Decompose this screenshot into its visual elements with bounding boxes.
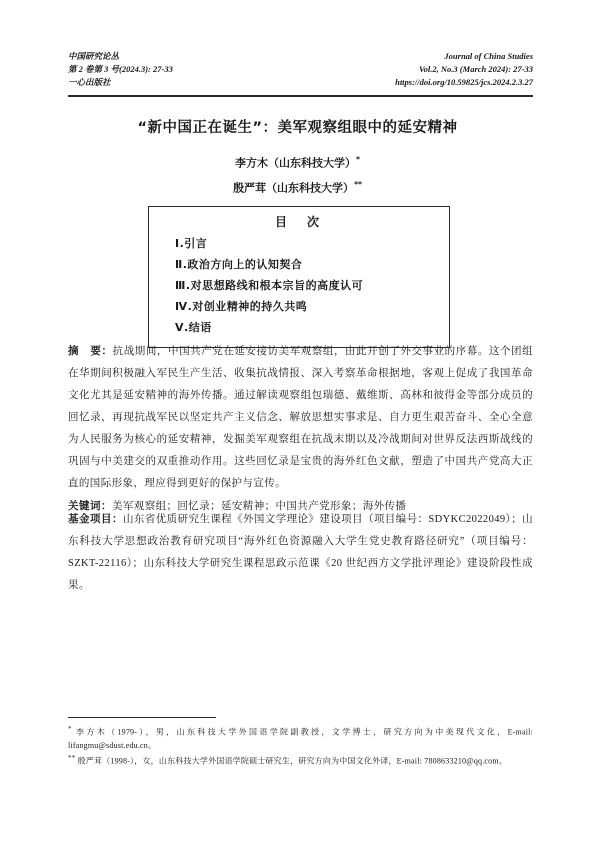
paper-title: “新中国正在诞生”：美军观察组眼中的延安精神	[40, 116, 555, 137]
author-footnote-mark: **	[354, 180, 362, 189]
author-list: 李方木（山东科技大学）* 殷严茸（山东科技大学）**	[40, 149, 555, 198]
journal-issue-en: Vol.2, No.3 (March 2024): 27-33	[395, 63, 533, 76]
footnote-divider	[68, 717, 216, 718]
funding-paragraph: 基金项目：山东省优质研究生课程《外国文学理论》建设项目（项目编号：SDYKC20…	[68, 508, 533, 597]
publisher-name: 一心出版社	[68, 76, 173, 89]
abstract-label: 摘 要：	[68, 345, 113, 357]
toc-item-2: Ⅱ.政治方向上的认知契合	[175, 254, 439, 275]
toc-item-5: Ⅴ.结语	[175, 317, 439, 338]
funding-label: 基金项目：	[68, 513, 123, 525]
toc-box: 目 次 Ⅰ.引言 Ⅱ.政治方向上的认知契合 Ⅲ.对思想路线和根本宗旨的高度认可 …	[148, 206, 450, 348]
toc-item-4: Ⅳ.对创业精神的持久共鸣	[175, 296, 439, 317]
funding-text: 山东省优质研究生课程《外国文学理论》建设项目（项目编号：SDYKC2022049…	[68, 514, 533, 591]
paper-page: 中国研究论丛 第 2 卷第 3 号(2024.3): 27-33 一心出版社 J…	[0, 0, 595, 842]
footnote-text: 李方木（1979-），男，山东科技大学外国语学院副教授，文学博士，研究方向为中美…	[68, 728, 533, 750]
footnote-mark: **	[68, 754, 75, 762]
footnotes-section: * 李方木（1979-），男，山东科技大学外国语学院副教授，文学博士，研究方向为…	[68, 717, 533, 767]
journal-header-left: 中国研究论丛 第 2 卷第 3 号(2024.3): 27-33 一心出版社	[68, 50, 173, 89]
abstract-paragraph: 摘 要：抗战期间，中国共产党在延安接访美军观察组，由此开创了外交事业的序幕。这个…	[68, 340, 533, 495]
doi-link: https://doi.org/10.59825/jcs.2024.2.3.27	[395, 76, 533, 89]
toc-item-3: Ⅲ.对思想路线和根本宗旨的高度认可	[175, 275, 439, 296]
author-name: 李方木（山东科技大学）	[235, 157, 356, 170]
toc-item-1: Ⅰ.引言	[175, 233, 439, 254]
toc-title: 目 次	[149, 213, 449, 231]
journal-header: 中国研究论丛 第 2 卷第 3 号(2024.3): 27-33 一心出版社 J…	[68, 50, 533, 89]
footnote-2: ** 殷严茸（1998-），女，山东科技大学外国语学院硕士研究生，研究方向为中国…	[68, 752, 533, 768]
author-line-1: 李方木（山东科技大学）*	[40, 149, 555, 174]
footnote-text: 殷严茸（1998-），女，山东科技大学外国语学院硕士研究生，研究方向为中国文化外…	[78, 756, 507, 765]
journal-name-cn: 中国研究论丛	[68, 50, 173, 63]
journal-header-right: Journal of China Studies Vol.2, No.3 (Ma…	[395, 50, 533, 89]
author-line-2: 殷严茸（山东科技大学）**	[40, 174, 555, 199]
funding-section: 基金项目：山东省优质研究生课程《外国文学理论》建设项目（项目编号：SDYKC20…	[68, 508, 533, 597]
author-footnote-mark: *	[356, 155, 360, 164]
footnote-1: * 李方木（1979-），男，山东科技大学外国语学院副教授，文学博士，研究方向为…	[68, 723, 533, 752]
abstract-text: 抗战期间，中国共产党在延安接访美军观察组，由此开创了外交事业的序幕。这个团组在华…	[68, 346, 533, 489]
author-name: 殷严茸（山东科技大学）	[233, 181, 354, 194]
footnote-mark: *	[68, 725, 72, 733]
journal-name-en: Journal of China Studies	[395, 50, 533, 63]
journal-issue-cn: 第 2 卷第 3 号(2024.3): 27-33	[68, 63, 173, 76]
toc-list: Ⅰ.引言 Ⅱ.政治方向上的认知契合 Ⅲ.对思想路线和根本宗旨的高度认可 Ⅳ.对创…	[149, 233, 449, 338]
header-divider	[68, 95, 533, 97]
abstract-section: 摘 要：抗战期间，中国共产党在延安接访美军观察组，由此开创了外交事业的序幕。这个…	[68, 340, 533, 518]
